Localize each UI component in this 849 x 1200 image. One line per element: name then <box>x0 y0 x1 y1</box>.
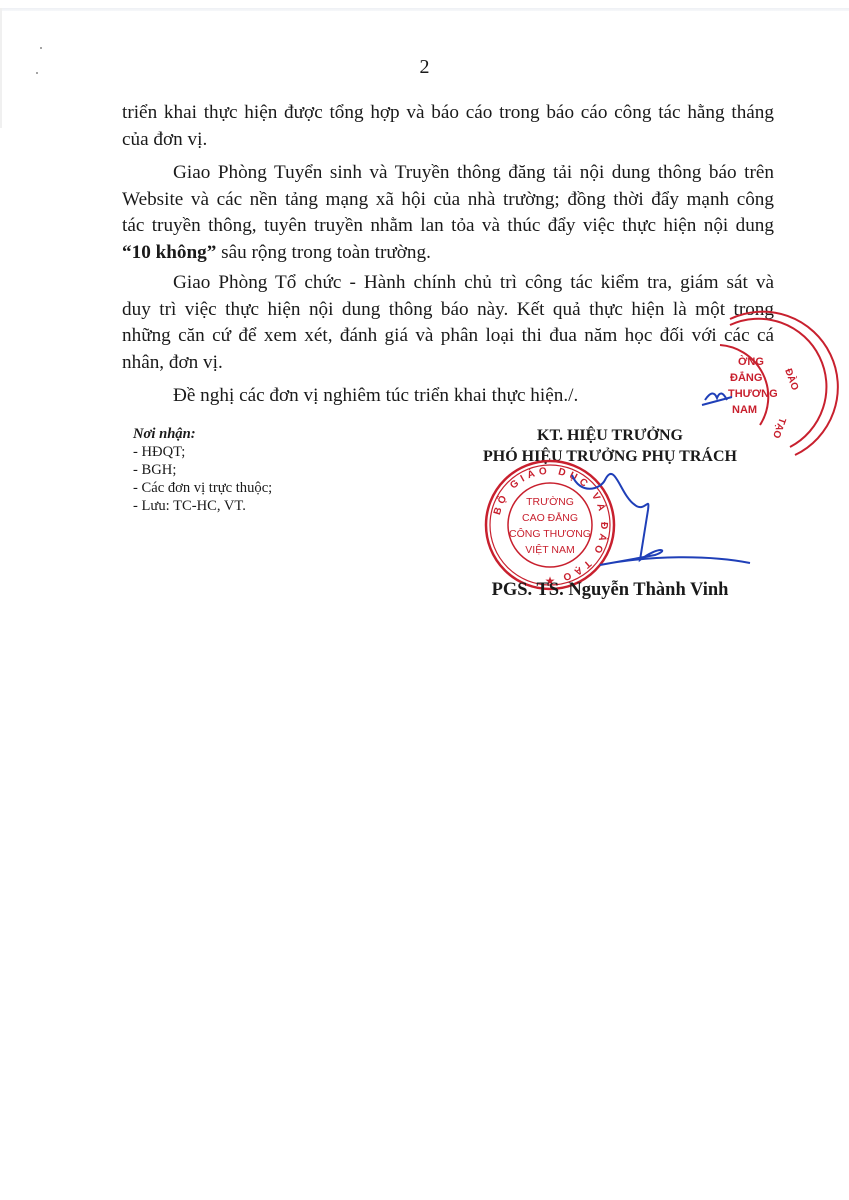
recipient-item: - Lưu: TC-HC, VT. <box>133 497 272 515</box>
text-line: Đề nghị các đơn vị nghiêm túc triển khai… <box>122 383 774 410</box>
text-line: Giao Phòng Tuyển sinh và Truyền thông đă… <box>122 160 774 187</box>
stamp-center-text: TRƯỜNG <box>526 495 574 508</box>
signature-stroke <box>572 474 750 565</box>
recipient-item: - BGH; <box>133 461 272 479</box>
text-line: triển khai thực hiện được tổng hợp và bá… <box>122 100 774 127</box>
stamp-center-text: CÔNG THƯƠNG <box>509 527 591 540</box>
text-line: Giao Phòng Tổ chức - Hành chính chủ trì … <box>122 270 774 297</box>
signer-name: PGS. TS. Nguyễn Thành Vinh <box>440 580 780 601</box>
recipient-item: - HĐQT; <box>133 443 272 461</box>
stamp-main: BỘ GIÁO DỤC VÀ ĐÀO TẠO TRƯỜNG CAO ĐẲNG C… <box>480 455 620 595</box>
stamp-center-text: VIỆT NAM <box>525 543 574 556</box>
svg-text:BỘ GIÁO DỤC VÀ ĐÀO TẠO: BỘ GIÁO DỤC VÀ ĐÀO TẠO <box>492 465 610 583</box>
text-line: tác truyền thông, tuyên truyền nhằm lan … <box>122 213 774 240</box>
text-line: của đơn vị. <box>122 127 774 154</box>
paragraph-reporting: triển khai thực hiện được tổng hợp và bá… <box>122 100 774 153</box>
stamp-center-text: CAO ĐẲNG <box>522 511 578 524</box>
bold-phrase: “10 không” <box>122 242 216 263</box>
scan-speck <box>40 47 42 49</box>
handwritten-signature <box>560 455 760 585</box>
text-line: duy trì việc thực hiện nội dung thông bá… <box>122 297 774 324</box>
paragraph-request: Đề nghị các đơn vị nghiêm túc triển khai… <box>122 383 774 410</box>
recipients-title: Nơi nhận: <box>133 425 272 443</box>
signature-title-1: KT. HIỆU TRƯỞNG <box>440 425 780 446</box>
stamp-ring-text: BỘ GIÁO DỤC VÀ ĐÀO TẠO <box>492 465 610 583</box>
paragraph-supervision: Giao Phòng Tổ chức - Hành chính chủ trì … <box>122 270 774 376</box>
signature-title-2: PHÓ HIỆU TRƯỞNG PHỤ TRÁCH <box>440 446 780 467</box>
text-tail: sâu rộng trong toàn trường. <box>216 242 431 263</box>
text-line: Website và các nền tảng mạng xã hội của … <box>122 187 774 214</box>
paragraph-communication: Giao Phòng Tuyển sinh và Truyền thông đă… <box>122 160 774 266</box>
page-number: 2 <box>0 56 849 79</box>
svg-text:ĐÀO: ĐÀO <box>782 367 802 393</box>
recipient-item: - Các đơn vị trực thuộc; <box>133 479 272 497</box>
text-line: “10 không” sâu rộng trong toàn trường. <box>122 240 774 267</box>
text-line: những căn cứ để xem xét, đánh giá và phâ… <box>122 323 774 350</box>
scan-top-edge <box>0 8 849 11</box>
recipients-block: Nơi nhận: - HĐQT; - BGH; - Các đơn vị tr… <box>133 425 272 515</box>
text-line: nhân, đơn vị. <box>122 350 774 377</box>
